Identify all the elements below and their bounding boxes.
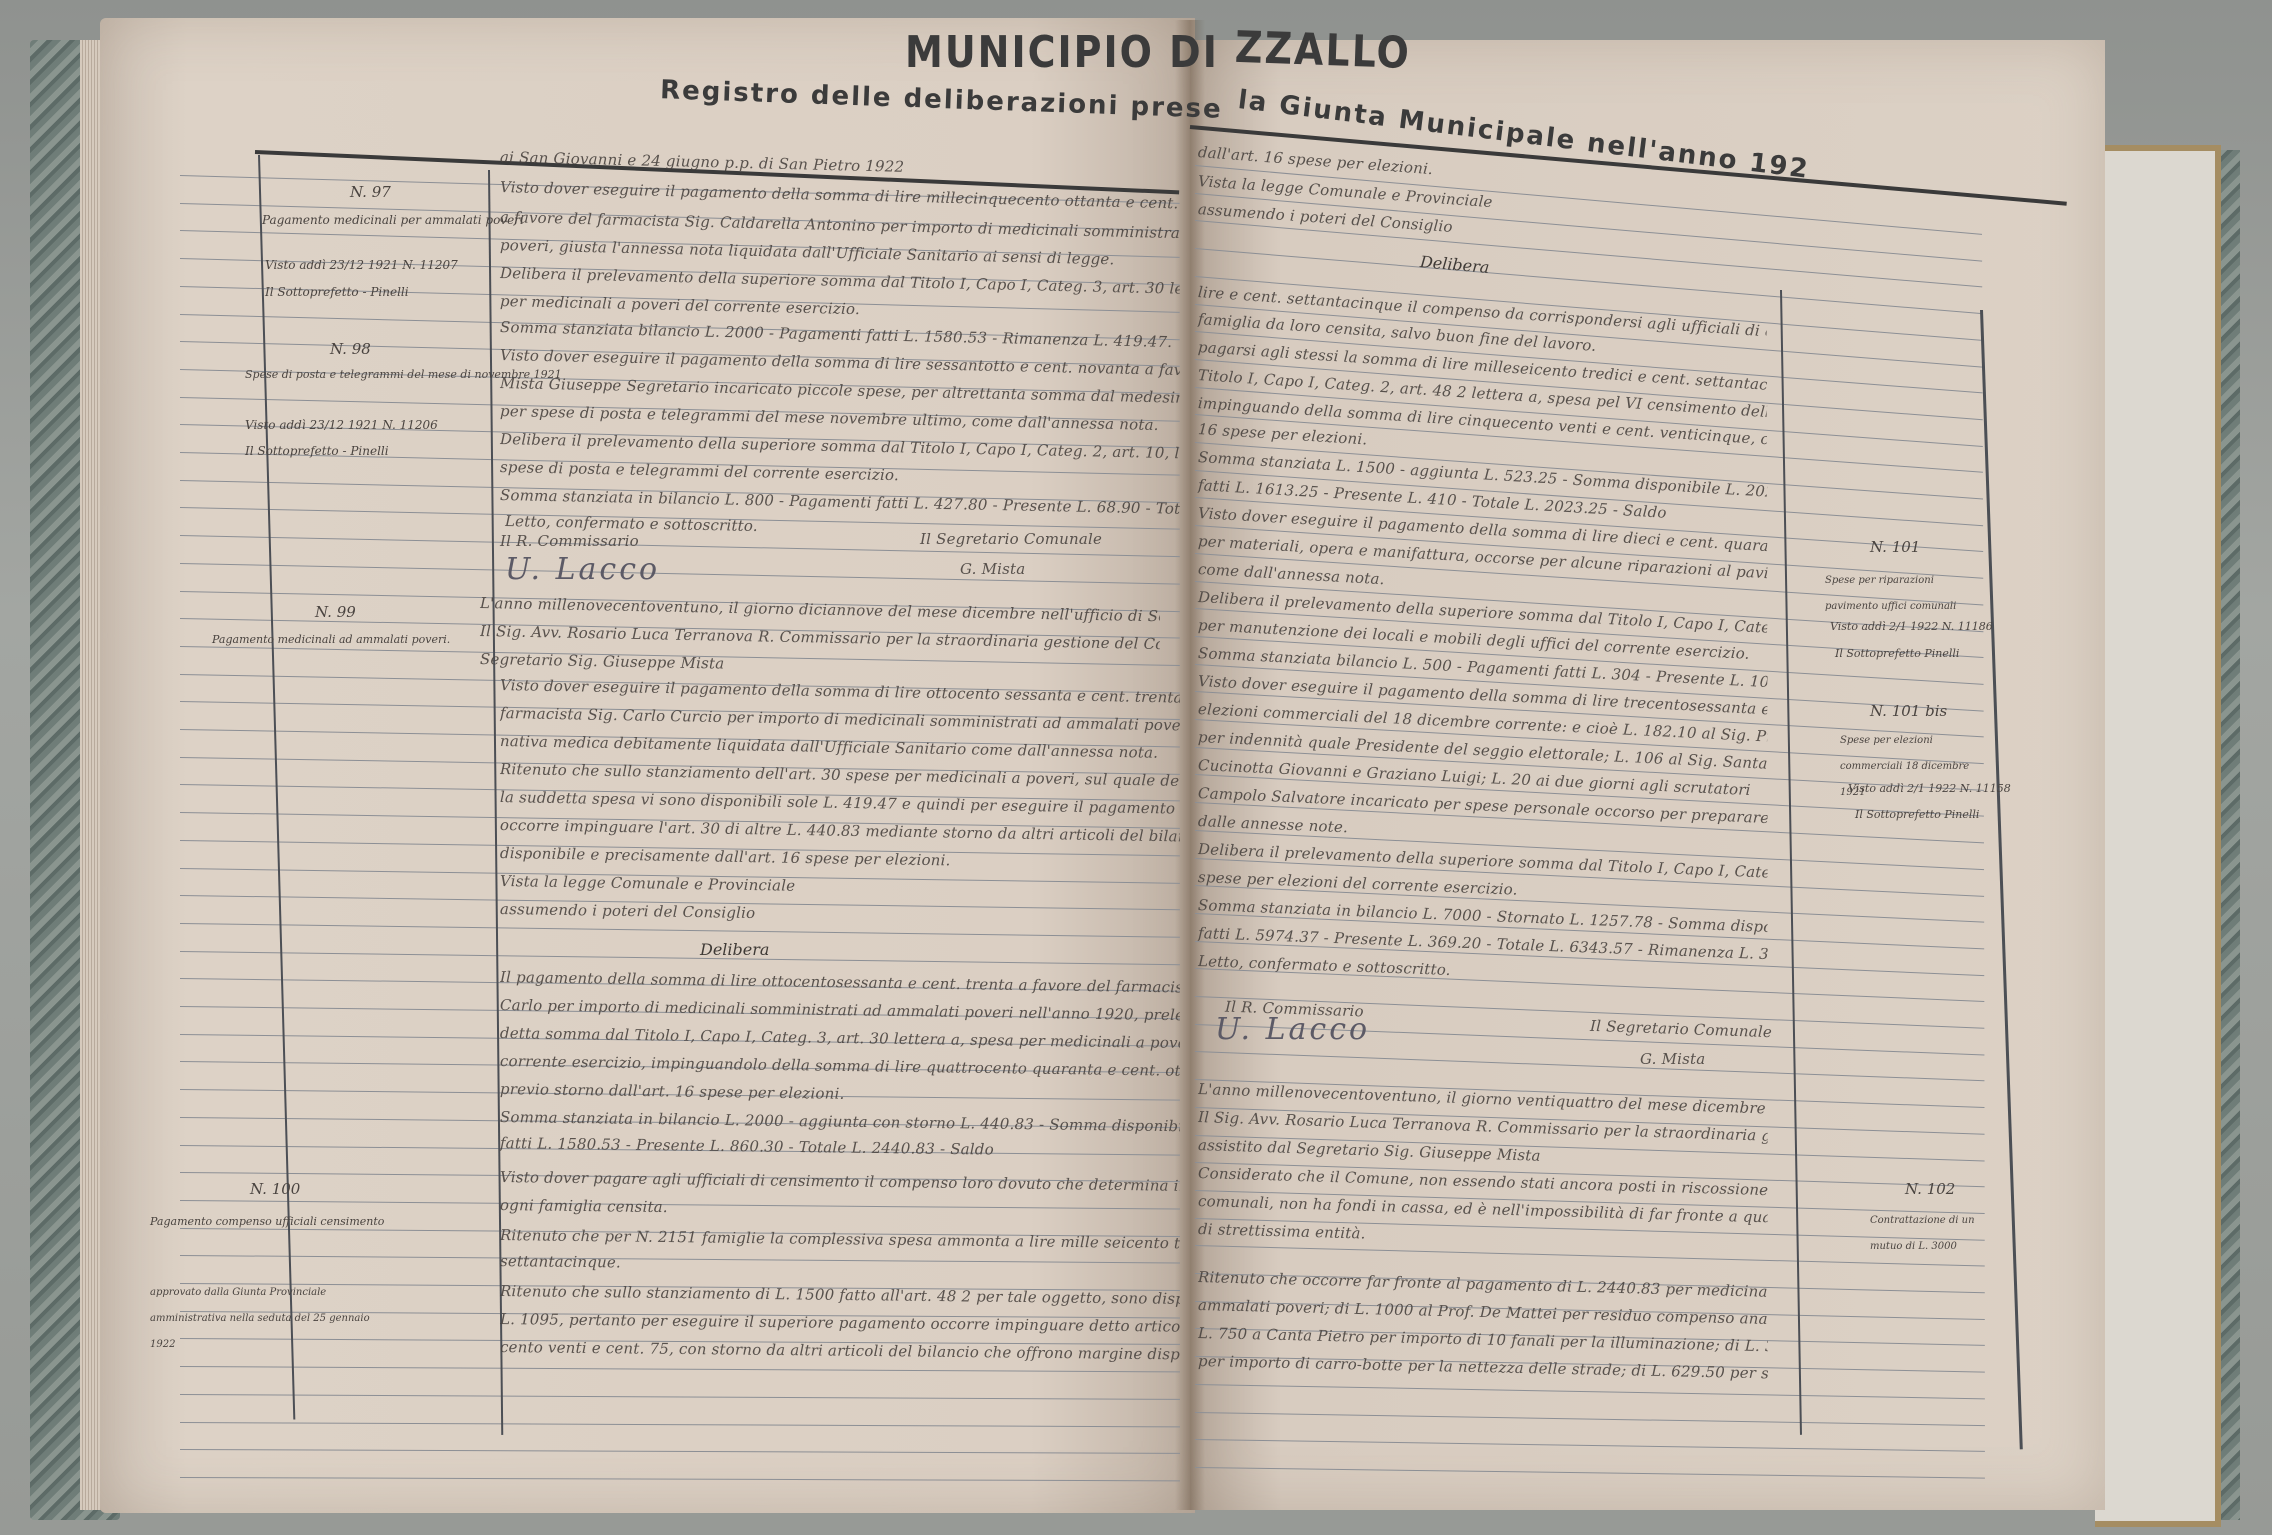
entry-98-visto: Visto addì 23/12 1921 N. 11206 xyxy=(245,418,438,432)
entry-97-visto: Visto addì 23/12 1921 N. 11207 xyxy=(265,258,458,272)
entry-100-subject: Pagamento compenso ufficiali censimento xyxy=(150,1215,384,1228)
right-commissario-signature: U. Lacco xyxy=(1215,1012,1370,1047)
entry-100-note: approvato dalla Giunta Provinciale ammin… xyxy=(150,1280,380,1358)
entry-97-signed: Il Sottoprefetto - Pinelli xyxy=(265,285,409,299)
entry-99-number: N. 99 xyxy=(315,603,356,621)
left-commissario-signature: U. Lacco xyxy=(505,552,660,587)
endpaper-right xyxy=(2095,145,2221,1527)
right-segretario-signature: G. Mista xyxy=(1640,1050,1705,1068)
header-title-right: ZZALLO xyxy=(1234,22,1412,79)
left-delibera-heading: Delibera xyxy=(700,940,769,959)
entry-101-signed: Il Sottoprefetto Pinelli xyxy=(1835,647,1959,660)
entry-98-signed: Il Sottoprefetto - Pinelli xyxy=(245,444,389,458)
entry-98-number: N. 98 xyxy=(330,340,371,358)
entry-99-subject: Pagamento medicinali ad ammalati poveri. xyxy=(212,633,450,646)
header-title-left: MUNICIPIO DI xyxy=(905,27,1219,78)
entry-101bis-signed: Il Sottoprefetto Pinelli xyxy=(1855,808,1979,821)
left-segretario-signature: G. Mista xyxy=(960,560,1025,578)
entry-100-number: N. 100 xyxy=(250,1180,300,1198)
entry-102-subject: Contrattazione di un mutuo di L. 3000 xyxy=(1870,1208,1990,1260)
left-commissario-label: Il R. Commissario xyxy=(500,532,639,550)
entry-101-visto: Visto addì 2/1 1922 N. 11186 xyxy=(1830,620,1993,633)
entry-101bis-number: N. 101 bis xyxy=(1870,702,1947,720)
entry-102-number: N. 102 xyxy=(1905,1180,1955,1198)
entry-97-subject: Pagamento medicinali per ammalati poveri xyxy=(262,213,524,227)
entry-101bis-visto: Visto addì 2/1 1922 N. 11158 xyxy=(1848,782,2011,795)
entry-101-subject: Spese per riparazioni pavimento uffici c… xyxy=(1825,568,1975,620)
entry-101-number: N. 101 xyxy=(1870,538,1920,556)
entry-97-number: N. 97 xyxy=(350,183,391,201)
left-segretario-label: Il Segretario Comunale xyxy=(920,530,1102,548)
